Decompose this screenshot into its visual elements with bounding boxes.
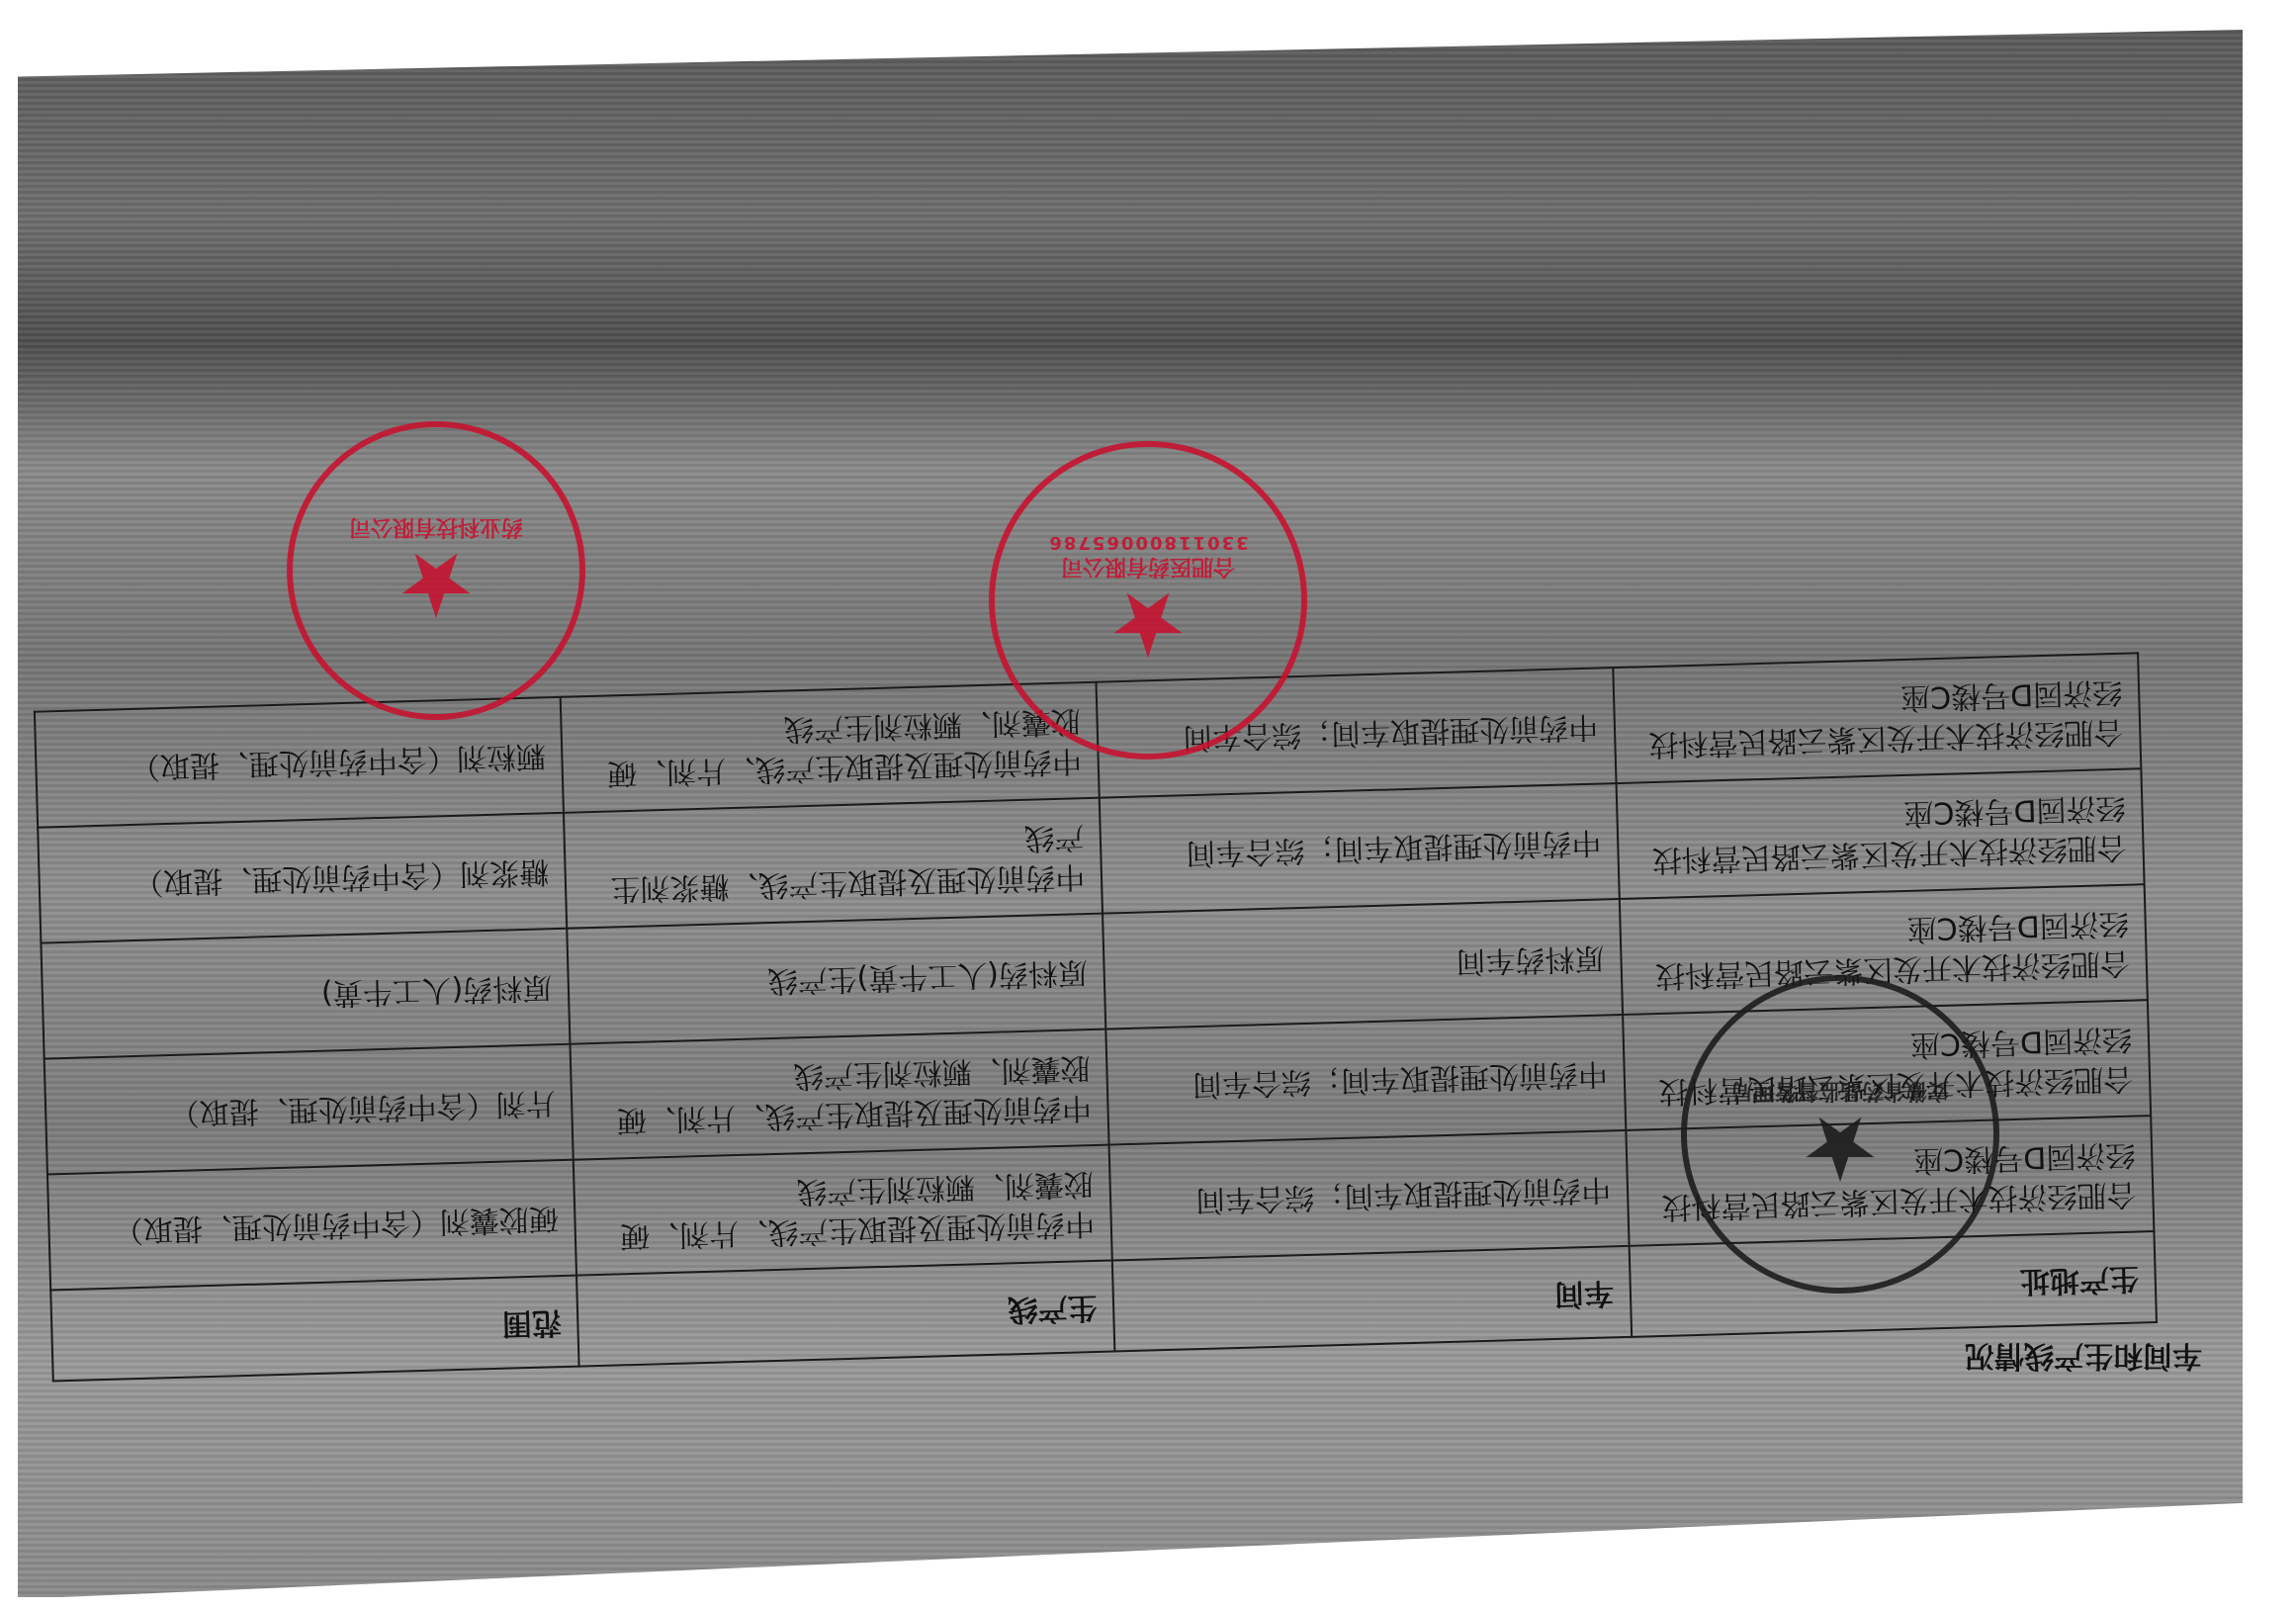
cell-workshop: 中药前处理提取车间；综合车间 bbox=[1109, 1130, 1630, 1261]
table-caption: 车间和生产线情况 bbox=[1965, 1337, 2202, 1381]
official-seal-black: ★ 安徽省药品监督管理局 bbox=[1681, 975, 1999, 1294]
cell-address: 合肥经济技术开发区紫云路民营科技经济园D号楼C座 bbox=[1617, 768, 2145, 899]
seal-text: 安徽省药品监督管理局 bbox=[1731, 1077, 1949, 1103]
cell-line: 中药前处理及提取生产线、片剂、硬胶囊剂、颗粒剂生产线 bbox=[574, 1145, 1112, 1276]
star-icon: ★ bbox=[397, 539, 477, 628]
seal-number: 33011800065786 bbox=[1047, 533, 1248, 554]
cell-scope: 糖浆剂（含中药前处理、提取） bbox=[38, 813, 567, 943]
company-seal-red-center: ★ 合肥医药有限公司 33011800065786 bbox=[989, 441, 1307, 760]
star-icon: ★ bbox=[1801, 1103, 1881, 1192]
cell-workshop: 原料药车间 bbox=[1103, 899, 1623, 1029]
cell-scope: 颗粒剂（含中药前处理、提取） bbox=[35, 697, 564, 828]
cell-address: 合肥经济技术开发区紫云路民营科技经济园D号楼C座 bbox=[1613, 653, 2141, 783]
cell-scope: 硬胶囊剂（含中药前处理、提取） bbox=[47, 1160, 576, 1291]
header-scope: 范围 bbox=[50, 1276, 579, 1382]
cell-line: 中药前处理及提取生产线、片剂、硬胶囊剂、颗粒剂生产线 bbox=[561, 682, 1100, 813]
rotated-document: 车间和生产线情况 生产地址 车间 生产线 范围 合肥经济技术开发区紫云路民营科技… bbox=[0, 0, 2296, 1610]
seal-text: 合肥医药有限公司 bbox=[1061, 554, 1235, 580]
seal-text: 药业科技有限公司 bbox=[349, 513, 523, 539]
cell-workshop: 中药前处理提取车间；综合车间 bbox=[1106, 1015, 1627, 1145]
cell-line: 中药前处理及提取生产线、片剂、硬胶囊剂、颗粒剂生产线 bbox=[571, 1029, 1109, 1160]
star-icon: ★ bbox=[1108, 580, 1189, 669]
cell-line: 原料药(人工牛黄)生产线 bbox=[568, 914, 1106, 1044]
company-seal-red-left: ★ 药业科技有限公司 bbox=[287, 421, 585, 720]
cell-line: 中药前处理及提取生产线、糖浆剂生产线 bbox=[564, 798, 1103, 929]
cell-scope: 片剂（含中药前处理、提取） bbox=[44, 1044, 574, 1175]
header-line: 生产线 bbox=[576, 1260, 1114, 1366]
cell-scope: 原料药(人工牛黄) bbox=[41, 929, 570, 1059]
header-workshop: 车间 bbox=[1112, 1246, 1632, 1352]
cell-workshop: 中药前处理提取车间；综合车间 bbox=[1100, 783, 1620, 914]
